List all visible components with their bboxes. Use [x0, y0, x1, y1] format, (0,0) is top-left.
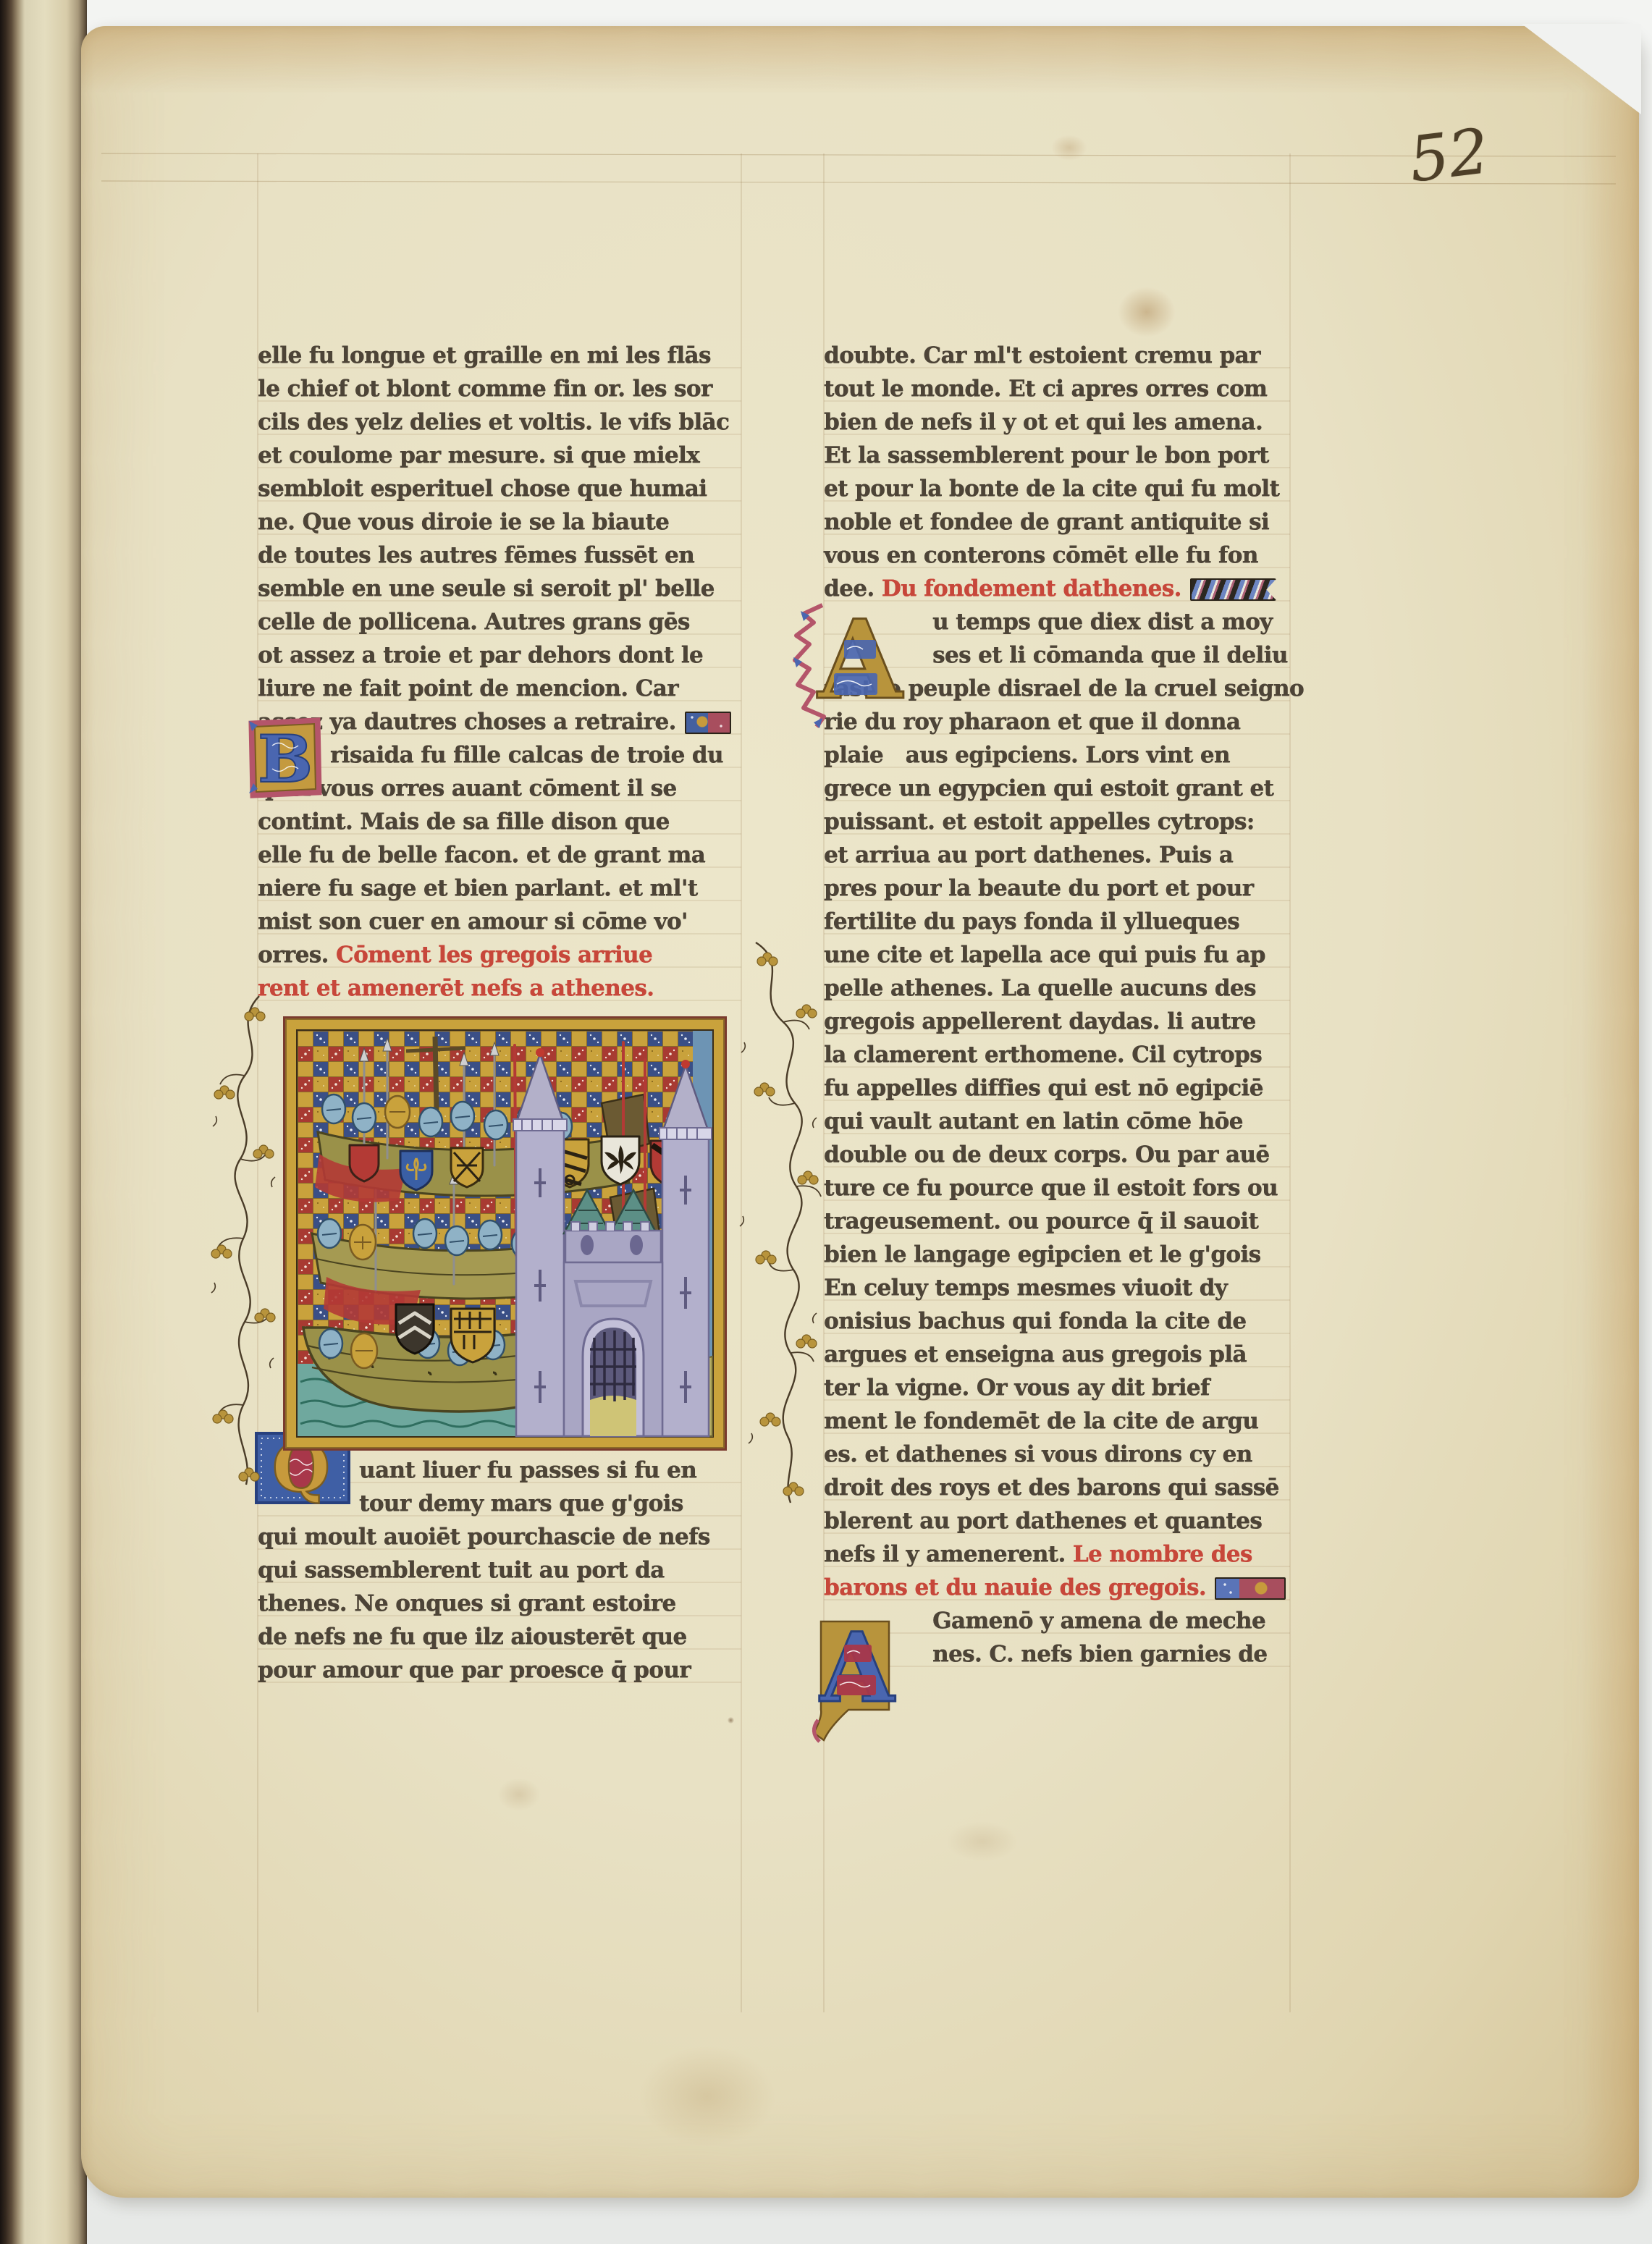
- body-text: plaie aus egipciens. Lors vint en: [824, 742, 1230, 768]
- text-line: droit des roys et des barons qui sassē: [824, 1471, 1290, 1504]
- text-line: nefs il y amenerent. Le nombre des: [824, 1538, 1290, 1571]
- body-text: une cite et lapella ace qui puis fu ap: [824, 942, 1265, 968]
- text-line: barons et du nauie des gregois.: [824, 1571, 1290, 1604]
- body-text: En celuy temps mesmes viuoit dy: [824, 1275, 1227, 1301]
- text-line: Et la sassemblerent pour le bon port: [824, 439, 1290, 472]
- body-text: thenes. Ne onques si grant estoire: [258, 1590, 676, 1616]
- body-text: nes. C. nefs bien garnies de: [932, 1641, 1267, 1667]
- text-line: de nefs ne fu que ilz aiousterēt que: [258, 1620, 741, 1653]
- body-text: et arriua au port dathenes. Puis a: [824, 842, 1233, 868]
- body-text: pres pour la beaute du port et pour: [824, 875, 1253, 901]
- body-text: grece un egypcien qui estoit grant et: [824, 775, 1273, 801]
- body-text: fertilite du pays fonda il yllueques: [824, 908, 1239, 935]
- gold-ivy-leaves: [754, 953, 818, 1496]
- miniature-ships-at-athens: [283, 1016, 727, 1451]
- text-line: bien le langage egipcien et le g'gois: [824, 1238, 1290, 1271]
- text-line: es. et dathenes si vous dirons cy en: [824, 1438, 1290, 1471]
- body-text: ment le fondemēt de la cite de argu: [824, 1408, 1258, 1434]
- body-text: nefs il y amenerent.: [824, 1541, 1073, 1567]
- body-text: puissant. et estoit appelles cytrops:: [824, 809, 1255, 835]
- photo-backdrop: 52 elle fu longue et graille en mi les f…: [0, 0, 1652, 2244]
- text-line: noble et fondee de grant antiquite si: [824, 505, 1290, 539]
- text-line: elle fu de belle facon. et de grant ma: [258, 838, 741, 872]
- stain: [1118, 287, 1176, 337]
- stain: [1051, 135, 1087, 161]
- text-line: pelle athenes. La quelle aucuns des: [824, 971, 1290, 1005]
- decorated-initial-A: A: [785, 599, 916, 728]
- text-line: liure ne fait point de mencion. Car: [258, 672, 741, 705]
- stain: [639, 2046, 776, 2147]
- text-line: ter la vigne. Or vous ay dit brief: [824, 1371, 1290, 1404]
- ivy-vine-left: [203, 989, 282, 1496]
- initial-letter: A: [819, 1612, 895, 1724]
- body-text: es. et dathenes si vous dirons cy en: [824, 1441, 1252, 1467]
- body-text: tour demy mars que g'gois: [359, 1490, 683, 1517]
- folio-number: 52: [1405, 102, 1606, 240]
- text-line: fertilite du pays fonda il yllueques: [824, 905, 1290, 938]
- text-line: pour amour que par proesce q̄ pour: [258, 1653, 741, 1687]
- text-line: thenes. Ne onques si grant estoire: [258, 1587, 741, 1620]
- text-line: elle fu longue et graille en mi les flās: [258, 339, 741, 372]
- body-text: ot assez a troie et par dehors dont le: [258, 642, 703, 668]
- body-text: liure ne fait point de mencion. Car: [258, 675, 678, 701]
- text-line: ot assez a troie et par dehors dont le: [258, 638, 741, 672]
- text-line: pres pour la beaute du port et pour: [824, 872, 1290, 905]
- text-line: et arriua au port dathenes. Puis a: [824, 838, 1290, 872]
- body-text: le chief ot blont comme fin or. les sor: [258, 376, 712, 402]
- stain: [946, 1821, 1019, 1862]
- body-text: double ou de deux corps. Ou par auē: [824, 1142, 1269, 1168]
- text-line: niere fu sage et bien parlant. et ml't: [258, 872, 741, 905]
- rubric-text: barons et du nauie des gregois.: [824, 1574, 1206, 1600]
- text-line: contint. Mais de sa fille dison que: [258, 805, 741, 838]
- text-line: vous en conterons cōmēt elle fu fon: [824, 539, 1290, 572]
- body-text: pelle athenes. La quelle aucuns des: [824, 975, 1256, 1001]
- text-line: celle de pollicena. Autres grans gēs: [258, 605, 741, 638]
- body-text: fu appelles diffies qui est nō egipciē: [824, 1075, 1263, 1101]
- text-column-right: doubte. Car ml't estoient cremu partout …: [824, 339, 1290, 1671]
- body-text: Et la sassemblerent pour le bon port: [824, 442, 1269, 468]
- body-text: Gamenō y amena de meche: [932, 1608, 1265, 1634]
- text-line: de toutes les autres fēmes fussēt en: [258, 539, 741, 572]
- text-line: En celuy temps mesmes viuoit dy: [824, 1271, 1290, 1304]
- text-line: rent et amenerēt nefs a athenes.: [258, 971, 741, 1005]
- body-text: et pour la bonte de la cite qui fu molt: [824, 476, 1279, 502]
- text-line: cils des yelz delies et voltis. le vifs …: [258, 405, 741, 439]
- rubric-text: rent et amenerēt nefs a athenes.: [258, 975, 654, 1001]
- body-text: sembloit esperituel chose que humai: [258, 476, 707, 502]
- shield-or-fretty: [451, 1309, 494, 1362]
- body-text: pour amour que par proesce q̄ pour: [258, 1657, 691, 1683]
- text-line: une cite et lapella ace qui puis fu ap: [824, 938, 1290, 971]
- text-line: onisius bachus qui fonda la cite de: [824, 1304, 1290, 1338]
- body-text: de toutes les autres fēmes fussēt en: [258, 542, 694, 568]
- text-line: ment le fondemēt de la cite de argu: [824, 1404, 1290, 1438]
- text-line: risaida fu fille calcas de troie du: [258, 738, 741, 772]
- body-text: ses et li cōmanda que il deliu: [932, 642, 1288, 668]
- body-text: ne. Que vous diroie ie se la biaute: [258, 509, 669, 535]
- body-text: niere fu sage et bien parlant. et ml't: [258, 875, 697, 901]
- text-line: tout le monde. Et ci apres orres com: [824, 372, 1290, 405]
- text-line: argues et enseigna aus gregois plā: [824, 1338, 1290, 1371]
- text-line: grece un egypcien qui estoit grant et: [824, 772, 1290, 805]
- text-line: blerent au port dathenes et quantes: [824, 1504, 1290, 1538]
- body-text: de nefs ne fu que ilz aiousterēt que: [258, 1624, 687, 1650]
- body-text: droit des roys et des barons qui sassē: [824, 1475, 1279, 1501]
- text-line: qui sassemblerent tuit au port da: [258, 1553, 741, 1587]
- body-text: noble et fondee de grant antiquite si: [824, 509, 1269, 535]
- page-edge-toning: [1581, 26, 1639, 2198]
- body-text: onisius bachus qui fonda la cite de: [824, 1308, 1246, 1334]
- body-text: mist son cuer en amour si cōme vo': [258, 908, 688, 935]
- text-column-left-upper: elle fu longue et graille en mi les flās…: [258, 339, 741, 1005]
- body-text: doubte. Car ml't estoient cremu par: [824, 342, 1260, 368]
- decorated-initial-B: B: [248, 718, 321, 798]
- body-text: qui moult auoiēt pourchascie de nefs: [258, 1524, 710, 1550]
- body-text: semble en une seule si seroit pl' belle: [258, 575, 715, 602]
- text-line: bien de nefs il y ot et qui les amena.: [824, 405, 1290, 439]
- text-line: double ou de deux corps. Ou par auē: [824, 1138, 1290, 1171]
- text-line: doubte. Car ml't estoient cremu par: [824, 339, 1290, 372]
- body-text: argues et enseigna aus gregois plā: [824, 1341, 1247, 1367]
- body-text: risaida fu fille calcas de troie du: [330, 742, 723, 768]
- body-text: bien de nefs il y ot et qui les amena.: [824, 409, 1263, 435]
- body-text: blerent au port dathenes et quantes: [824, 1508, 1262, 1534]
- body-text: ter la vigne. Or vous ay dit brief: [824, 1375, 1210, 1401]
- text-line: qui moult auoiēt pourchascie de nefs: [258, 1520, 741, 1553]
- body-text: qui vault autant en latin cōme hōe: [824, 1108, 1243, 1134]
- line-filler: [685, 712, 731, 734]
- line-filler: [1190, 578, 1277, 601]
- body-text: vous en conterons cōmēt elle fu fon: [824, 542, 1258, 568]
- body-text: celle de pollicena. Autres grans gēs: [258, 609, 690, 635]
- text-line: ne. Que vous diroie ie se la biaute: [258, 505, 741, 539]
- text-line: assez ya dautres choses a retraire.: [258, 705, 741, 738]
- text-line: sembloit esperituel chose que humai: [258, 472, 741, 505]
- line-filler: [1215, 1577, 1286, 1600]
- text-line: et pour la bonte de la cite qui fu molt: [824, 472, 1290, 505]
- text-line: ture ce fu pource que il estoit fors ou: [824, 1171, 1290, 1205]
- book-gutter-edge: [0, 0, 87, 2244]
- shield-gules: [350, 1145, 379, 1181]
- text-line: semble en une seule si seroit pl' belle: [258, 572, 741, 605]
- body-text: bien le langage egipcien et le g'gois: [824, 1241, 1260, 1267]
- body-text: ture ce fu pource que il estoit fors ou: [824, 1175, 1278, 1201]
- initial-letter: A: [817, 596, 904, 724]
- body-text: et coulome par mesure. si que mielx: [258, 442, 699, 468]
- body-text: qui sassemblerent tuit au port da: [258, 1557, 665, 1583]
- body-text: cils des yelz delies et voltis. le vifs …: [258, 409, 729, 435]
- stain: [497, 1778, 541, 1811]
- rubric-text: Le nombre des: [1073, 1541, 1252, 1567]
- text-line: trageusement. ou pource q̄ il sauoit: [824, 1205, 1290, 1238]
- body-text: elle fu de belle facon. et de grant ma: [258, 842, 705, 868]
- body-text: u temps que diex dist a moy: [932, 609, 1272, 635]
- rubric-text: Cōment les gregois arriue: [336, 942, 652, 968]
- text-line: mist son cuer en amour si cōme vo': [258, 905, 741, 938]
- manuscript-page: 52 elle fu longue et graille en mi les f…: [81, 26, 1639, 2198]
- body-text: la clamerent erthomene. Cil cytrops: [824, 1042, 1262, 1068]
- text-line: orres. Cōment les gregois arriue: [258, 938, 741, 971]
- page-edge-toning: [81, 26, 1639, 91]
- text-line: quel vous orres auant cōment il se: [258, 772, 741, 805]
- body-text: gregois appellerent daydas. li autre: [824, 1008, 1256, 1034]
- body-text: uant liuer fu passes si fu en: [359, 1457, 696, 1483]
- text-line: gregois appellerent daydas. li autre: [824, 1005, 1290, 1038]
- body-text: elle fu longue et graille en mi les flās: [258, 342, 711, 368]
- text-line: la clamerent erthomene. Cil cytrops: [824, 1038, 1290, 1071]
- text-line: fu appelles diffies qui est nō egipciē: [824, 1071, 1290, 1105]
- body-text: contint. Mais de sa fille dison que: [258, 809, 670, 835]
- ivy-vine-right: [727, 937, 821, 1509]
- body-text: orres.: [258, 942, 336, 968]
- rubric-text: Du fondement dathenes.: [882, 575, 1181, 602]
- text-line: plaie aus egipciens. Lors vint en: [824, 738, 1290, 772]
- ink-speck: [728, 1717, 734, 1724]
- decorated-initial-A: A: [804, 1611, 914, 1746]
- body-text: tout le monde. Et ci apres orres com: [824, 376, 1267, 402]
- text-line: et coulome par mesure. si que mielx: [258, 439, 741, 472]
- text-line: puissant. et estoit appelles cytrops:: [824, 805, 1290, 838]
- initial-letter: B: [258, 721, 313, 798]
- body-text: trageusement. ou pource q̄ il sauoit: [824, 1208, 1258, 1234]
- text-line: le chief ot blont comme fin or. les sor: [258, 372, 741, 405]
- text-line: qui vault autant en latin cōme hōe: [824, 1105, 1290, 1138]
